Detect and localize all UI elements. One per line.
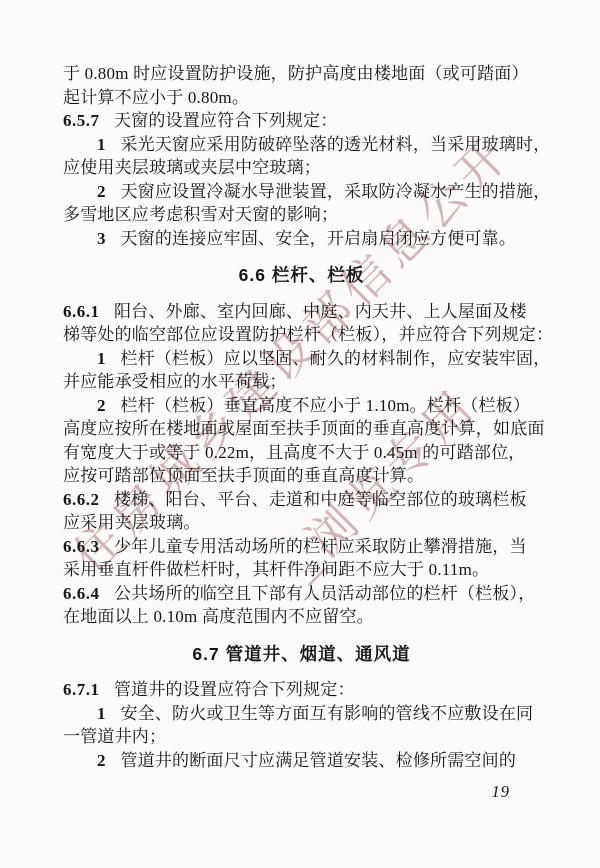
line-text: 梯等处的临空部位应设置防护栏杆（栏板），并应符合下列规定： — [63, 325, 553, 344]
line-text: 高度应按所在楼地面或屋面至扶手顶面的垂直高度计算，如底面 — [63, 419, 545, 438]
text-line: 起计算不应小于 0.80m。 — [63, 86, 540, 110]
line-text: 应按可踏部位顶面至扶手顶面的垂直高度计算。 — [63, 466, 424, 485]
line-text: 采光天窗应采用防破碎坠落的透光材料，当采用玻璃时， — [120, 135, 550, 154]
line-text: 应使用夹层玻璃或夹层中空玻璃； — [63, 158, 321, 177]
text-line: 高度应按所在楼地面或屋面至扶手顶面的垂直高度计算，如底面 — [63, 417, 540, 441]
text-line: 2栏杆（栏板）垂直高度不应小于 1.10m。栏杆（栏板） — [63, 394, 540, 418]
text-line: 6.6.3少年儿童专用活动场所的栏杆应采取防止攀滑措施，当 — [63, 535, 540, 559]
text-line: 6.6.2楼梯、阳台、平台、走道和中庭等临空部位的玻璃栏板 — [63, 488, 540, 512]
text-line: 6.6.1阳台、外廊、室内回廊、中庭、内天井、上人屋面及楼 — [63, 300, 540, 324]
section-heading-text: 6.6 栏杆、栏板 — [239, 265, 365, 285]
clause-number: 1 — [97, 135, 106, 154]
text-line: 多雪地区应考虑积雪对天窗的影响； — [63, 203, 540, 227]
line-text: 在地面以上 0.10m 高度范围内不应留空。 — [63, 607, 374, 626]
text-line: 应使用夹层玻璃或夹层中空玻璃； — [63, 156, 540, 180]
clause-number: 6.5.7 — [63, 111, 100, 130]
line-text: 多雪地区应考虑积雪对天窗的影响； — [63, 205, 338, 224]
clause-number: 6.7.1 — [63, 680, 100, 699]
line-text: 管道井的设置应符合下列规定： — [114, 680, 355, 699]
text-line: 应采用夹层玻璃。 — [63, 511, 540, 535]
clause-number: 3 — [97, 229, 106, 248]
clause-number: 6.6.1 — [63, 302, 100, 321]
clause-number: 1 — [97, 349, 106, 368]
line-text: 应采用夹层玻璃。 — [63, 513, 201, 532]
line-text: 阳台、外廊、室内回廊、中庭、内天井、上人屋面及楼 — [114, 302, 527, 321]
text-line: 6.5.7天窗的设置应符合下列规定： — [63, 109, 540, 133]
text-line: 1栏杆（栏板）应以坚固、耐久的材料制作，应安装牢固， — [63, 347, 540, 371]
line-text: 于 0.80m 时应设置防护设施，防护高度由楼地面（或可踏面） — [63, 64, 529, 83]
text-line: 并应能承受相应的水平荷载； — [63, 370, 540, 394]
clause-number: 6.6.4 — [63, 584, 100, 603]
document-body: 于 0.80m 时应设置防护设施，防护高度由楼地面（或可踏面）起计算不应小于 0… — [0, 0, 600, 772]
clause-number: 6.6.3 — [63, 537, 100, 556]
text-line: 一管道井内； — [63, 725, 540, 749]
clause-number: 2 — [97, 751, 106, 770]
text-line: 2天窗应设置冷凝水导泄装置，采取防冷凝水产生的措施， — [63, 180, 540, 204]
page-number: 19 — [492, 782, 511, 802]
line-text: 楼梯、阳台、平台、走道和中庭等临空部位的玻璃栏板 — [114, 490, 527, 509]
section-heading-text: 6.7 管道井、烟道、通风道 — [192, 644, 410, 664]
line-text: 公共场所的临空且下部有人员活动部位的栏杆（栏板）， — [114, 584, 536, 603]
line-text: 一管道井内； — [63, 727, 166, 746]
line-text: 栏杆（栏板）应以坚固、耐久的材料制作，应安装牢固， — [120, 349, 550, 368]
text-line: 6.7.1管道井的设置应符合下列规定： — [63, 678, 540, 702]
line-text: 安全、防火或卫生等方面互有影响的管线不应敷设在同 — [120, 704, 533, 723]
text-line: 应按可踏部位顶面至扶手顶面的垂直高度计算。 — [63, 464, 540, 488]
clause-number: 2 — [97, 182, 106, 201]
line-text: 天窗的连接应牢固、安全，开启扇启闭应方便可靠。 — [120, 229, 516, 248]
line-text: 少年儿童专用活动场所的栏杆应采取防止攀滑措施，当 — [114, 537, 527, 556]
line-text: 采用垂直杆件做栏杆时，其杆件净间距不应大于 0.11m。 — [63, 560, 489, 579]
line-text: 栏杆（栏板）垂直高度不应小于 1.10m。栏杆（栏板） — [120, 396, 530, 415]
text-line: 有宽度大于或等于 0.22m，且高度不大于 0.45m 的可踏部位， — [63, 441, 540, 465]
line-text: 天窗应设置冷凝水导泄装置，采取防冷凝水产生的措施， — [120, 182, 550, 201]
text-line: 梯等处的临空部位应设置防护栏杆（栏板），并应符合下列规定： — [63, 323, 540, 347]
text-line: 于 0.80m 时应设置防护设施，防护高度由楼地面（或可踏面） — [63, 62, 540, 86]
text-line: 3天窗的连接应牢固、安全，开启扇启闭应方便可靠。 — [63, 227, 540, 251]
text-line: 1采光天窗应采用防破碎坠落的透光材料，当采用玻璃时， — [63, 133, 540, 157]
section-heading: 6.6 栏杆、栏板 — [63, 264, 540, 288]
line-text: 天窗的设置应符合下列规定： — [114, 111, 338, 130]
document-page: 住房城乡建设部信息公开 _浏览专用 于 0.80m 时应设置防护设施，防护高度由… — [0, 0, 600, 868]
text-line: 2管道井的断面尺寸应满足管道安装、检修所需空间的 — [63, 749, 540, 773]
line-text: 并应能承受相应的水平荷载； — [63, 372, 287, 391]
clause-number: 1 — [97, 704, 106, 723]
text-line: 采用垂直杆件做栏杆时，其杆件净间距不应大于 0.11m。 — [63, 558, 540, 582]
text-line: 在地面以上 0.10m 高度范围内不应留空。 — [63, 605, 540, 629]
line-text: 有宽度大于或等于 0.22m，且高度不大于 0.45m 的可踏部位， — [63, 443, 526, 462]
text-line: 6.6.4公共场所的临空且下部有人员活动部位的栏杆（栏板）， — [63, 582, 540, 606]
section-heading: 6.7 管道井、烟道、通风道 — [63, 643, 540, 667]
clause-number: 2 — [97, 396, 106, 415]
line-text: 管道井的断面尺寸应满足管道安装、检修所需空间的 — [120, 751, 516, 770]
clause-number: 6.6.2 — [63, 490, 100, 509]
text-line: 1安全、防火或卫生等方面互有影响的管线不应敷设在同 — [63, 702, 540, 726]
line-text: 起计算不应小于 0.80m。 — [63, 88, 249, 107]
